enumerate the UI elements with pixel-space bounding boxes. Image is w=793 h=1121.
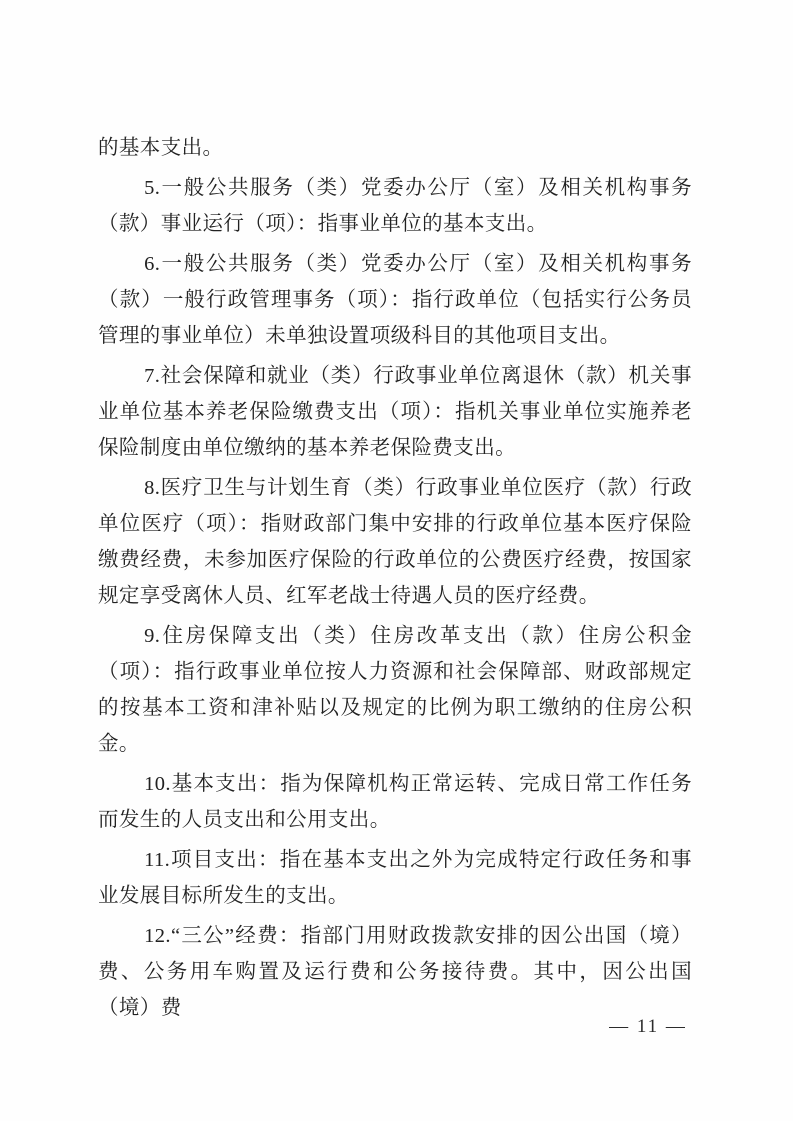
page-number: — 11 — xyxy=(598,1014,698,1040)
paragraph-item-8: 8.医疗卫生与计划生育（类）行政事业单位医疗（款）行政单位医疗（项）：指财政部门… xyxy=(98,470,692,614)
paragraph-item-6: 6.一般公共服务（类）党委办公厅（室）及相关机构事务（款）一般行政管理事务（项）… xyxy=(98,246,692,354)
paragraph-item-7: 7.社会保障和就业（类）行政事业单位离退休（款）机关事业单位基本养老保险缴费支出… xyxy=(98,358,692,466)
document-text-block: 的基本支出。 5.一般公共服务（类）党委办公厅（室）及相关机构事务（款）事业运行… xyxy=(98,130,692,1026)
paragraph-item-11: 11.项目支出：指在基本支出之外为完成特定行政任务和事业发展目标所发生的支出。 xyxy=(98,842,692,914)
paragraph-item-5: 5.一般公共服务（类）党委办公厅（室）及相关机构事务（款）事业运行（项）：指事业… xyxy=(98,170,692,242)
paragraph-item-12: 12.“三公”经费：指部门用财政拨款安排的因公出国（境）费、公务用车购置及运行费… xyxy=(98,918,692,1026)
document-page: 的基本支出。 5.一般公共服务（类）党委办公厅（室）及相关机构事务（款）事业运行… xyxy=(0,0,793,1121)
paragraph-continuation: 的基本支出。 xyxy=(98,130,692,166)
paragraph-item-10: 10.基本支出：指为保障机构正常运转、完成日常工作任务而发生的人员支出和公用支出… xyxy=(98,766,692,838)
paragraph-item-9: 9.住房保障支出（类）住房改革支出（款）住房公积金（项）：指行政事业单位按人力资… xyxy=(98,618,692,762)
